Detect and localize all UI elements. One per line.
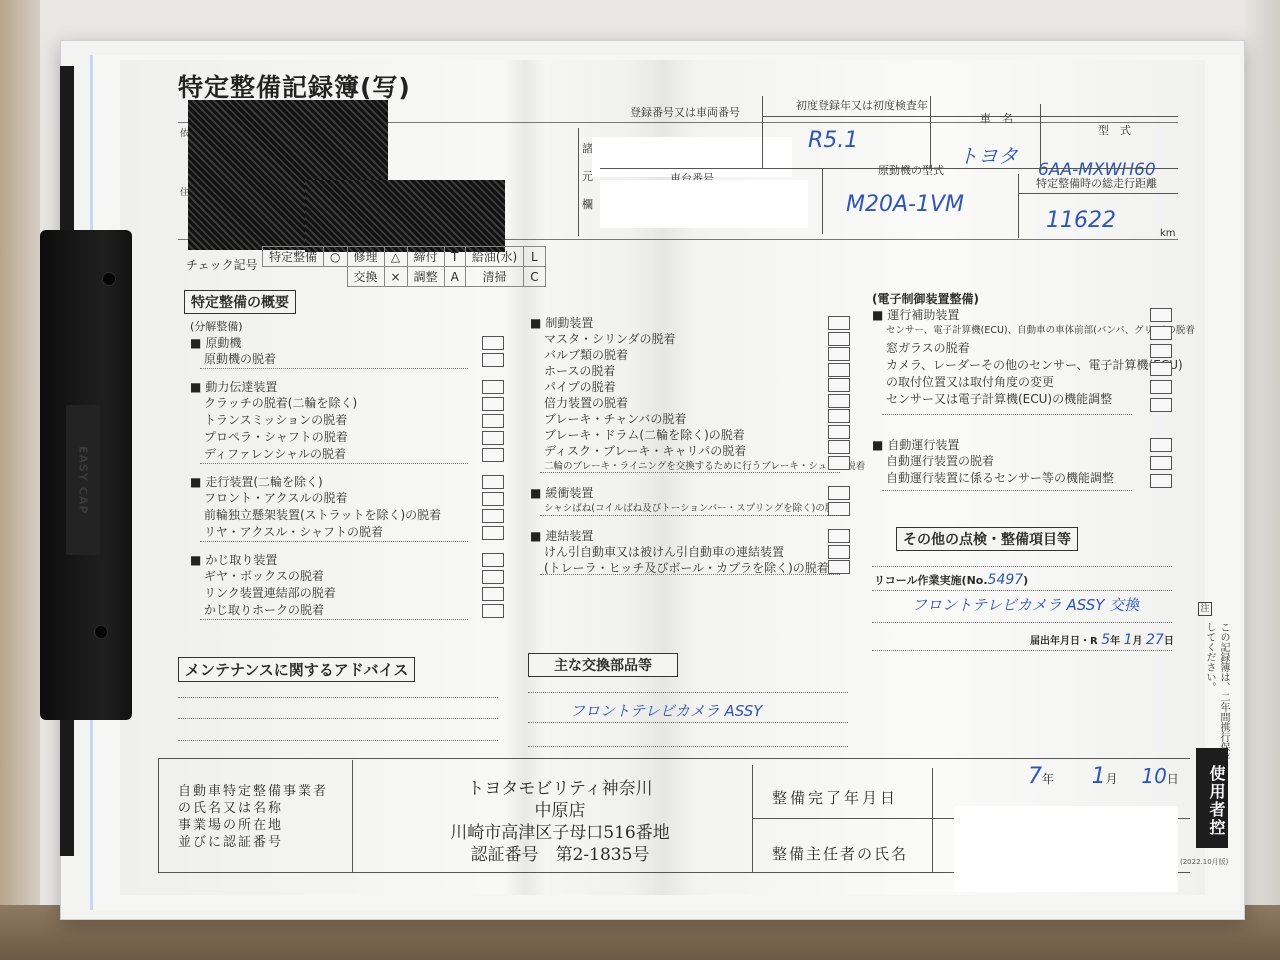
check-box[interactable] xyxy=(1150,380,1172,394)
category-heading: 原動機 xyxy=(190,334,241,351)
completion-date: 7年 1月 10日 xyxy=(1028,764,1179,789)
overview-item: バルブ類の脱着 xyxy=(544,346,628,363)
overview-item: ディファレンシャルの脱着 xyxy=(204,445,346,462)
dotted-divider xyxy=(200,463,468,464)
check-box[interactable] xyxy=(828,332,850,346)
check-box[interactable] xyxy=(828,486,850,500)
dotted-divider xyxy=(882,490,1132,491)
vehicle-name-value: トヨタ xyxy=(958,140,1018,169)
overview-item: 前輪独立懸架装置(ストラットを除く)の脱着 xyxy=(204,506,441,523)
check-box[interactable] xyxy=(482,336,504,350)
check-box[interactable] xyxy=(482,553,504,567)
dotted-divider xyxy=(200,619,468,620)
recall-number: 5497 xyxy=(988,572,1024,588)
check-box[interactable] xyxy=(1150,362,1172,376)
overview-item: 倍力装置の脱着 xyxy=(544,394,628,411)
business-address: 川崎市高津区子母口516番地 xyxy=(400,822,720,844)
binder-clip[interactable]: EASY CAP xyxy=(40,230,132,720)
other-inspection-heading: その他の点検・整備項目等 xyxy=(896,527,1078,551)
redacted-owner-address xyxy=(305,180,505,252)
symbol-glyph: C xyxy=(524,267,545,287)
check-box[interactable] xyxy=(828,425,850,439)
check-box[interactable] xyxy=(482,570,504,584)
engine-type-label: 原動機の型式 xyxy=(878,162,944,178)
check-box[interactable] xyxy=(482,431,504,445)
mileage-value: 11622 xyxy=(1046,208,1116,233)
overview-item: 自動運行装置の脱着 xyxy=(886,452,994,469)
overview-item: カメラ、レーダーその他のセンサー、電子計算機(ECU) xyxy=(886,356,1183,373)
symbol-name: 給油(水) xyxy=(465,247,523,267)
check-box[interactable] xyxy=(482,448,504,462)
overview-subheading: (分解整備) xyxy=(190,318,243,334)
category-heading: 走行装置(二輪を除く) xyxy=(190,473,323,490)
business-branch: 中原店 xyxy=(400,800,720,822)
symbol-glyph: × xyxy=(384,267,407,287)
category-heading: かじ取り装置 xyxy=(190,551,277,568)
business-info-label: 自動車特定整備事業者 の氏名又は名称 事業場の所在地 並びに認証番号 xyxy=(178,783,328,851)
overview-item: センサー、電子計算機(ECU)、自動車の車体前部(バンパ、グリル)の脱着 xyxy=(886,322,1195,336)
symbol-name: 交換 xyxy=(347,267,384,287)
dotted-divider xyxy=(200,368,468,369)
check-box[interactable] xyxy=(482,397,504,411)
check-box[interactable] xyxy=(1150,344,1172,358)
overview-item: 二輪のブレーキ・ライニングを交換するために行うブレーキ・シューの脱着 xyxy=(544,458,865,472)
symbol-glyph: △ xyxy=(384,247,407,267)
check-box[interactable] xyxy=(828,529,850,543)
check-box[interactable] xyxy=(1150,456,1172,470)
check-box[interactable] xyxy=(482,509,504,523)
category-heading: 連結装置 xyxy=(530,527,593,544)
check-box[interactable] xyxy=(828,456,850,470)
overview-item: ギヤ・ボックスの脱着 xyxy=(204,567,324,584)
check-box[interactable] xyxy=(1150,438,1172,452)
overview-item: プロペラ・シャフトの脱着 xyxy=(204,428,348,445)
overview-item: マスタ・シリンダの脱着 xyxy=(544,330,676,347)
check-box[interactable] xyxy=(1150,474,1172,488)
check-box[interactable] xyxy=(482,353,504,367)
retention-note: この記録簿は、二年間携行保存してください。 xyxy=(1198,622,1230,762)
check-box[interactable] xyxy=(828,394,850,408)
check-box[interactable] xyxy=(828,347,850,361)
recall-line: リコール作業実施(No.5497) xyxy=(874,572,1028,588)
engine-type-value: M20A-1VM xyxy=(846,192,964,217)
recall-notification-date: 届出年月日・R 5年 1月 27日 xyxy=(1030,632,1174,648)
redacted-chief-mechanic-name xyxy=(954,806,1178,892)
overview-item: 窓ガラスの脱着 xyxy=(886,339,970,356)
check-box[interactable] xyxy=(482,604,504,618)
check-box[interactable] xyxy=(482,587,504,601)
check-box[interactable] xyxy=(828,409,850,423)
replaced-parts-heading: 主な交換部品等 xyxy=(528,653,678,677)
clip-hole-icon xyxy=(102,272,116,286)
user-copy-tab[interactable]: 使用者控 xyxy=(1196,748,1228,848)
check-box[interactable] xyxy=(828,363,850,377)
recall-work-description: フロントテレビカメラ ASSY 交換 xyxy=(912,594,1139,615)
check-box[interactable] xyxy=(1150,326,1172,340)
check-box[interactable] xyxy=(482,492,504,506)
maintenance-advice-heading: メンテナンスに関するアドバイス xyxy=(178,657,415,682)
recall-prefix: リコール作業実施(No. xyxy=(874,574,988,587)
check-box[interactable] xyxy=(1150,308,1172,322)
mileage-unit: km xyxy=(1160,228,1176,239)
overview-item: クラッチの脱着(二輪を除く) xyxy=(204,394,357,411)
spec-section-label-3: 欄 xyxy=(582,196,593,212)
overview-item: フロント・アクスルの脱着 xyxy=(204,489,348,506)
dotted-divider xyxy=(540,472,840,473)
overview-item: リヤ・アクスル・シャフトの脱着 xyxy=(204,523,383,540)
category-heading: 制動装置 xyxy=(530,314,593,331)
overview-item: ブレーキ・ドラム(二輪を除く)の脱着 xyxy=(544,426,745,443)
symbol-name: 締付 xyxy=(407,247,444,267)
check-box[interactable] xyxy=(482,475,504,489)
symbol-name: 特定整備 xyxy=(263,247,324,267)
overview-item: かじ取りホークの脱着 xyxy=(204,601,324,618)
overview-item: リンク装置連結部の脱着 xyxy=(204,584,336,601)
first-registration-value: R5.1 xyxy=(808,128,858,153)
overview-item: の取付位置又は取付角度の変更 xyxy=(886,373,1054,390)
check-box[interactable] xyxy=(828,502,850,516)
model-label: 型 式 xyxy=(1098,122,1131,138)
symbol-name: 調整 xyxy=(407,267,444,287)
dotted-divider xyxy=(882,414,1132,415)
overview-item: センサー又は電子計算機(ECU)の機能調整 xyxy=(886,390,1112,407)
dotted-divider xyxy=(540,574,840,575)
category-heading: 緩衝装置 xyxy=(530,484,593,501)
check-box[interactable] xyxy=(482,380,504,394)
check-box[interactable] xyxy=(828,316,850,330)
first-registration-label: 初度登録年又は初度検査年 xyxy=(796,97,928,113)
check-box[interactable] xyxy=(828,440,850,454)
dotted-divider xyxy=(200,541,468,542)
check-symbols-label: チェック記号 xyxy=(186,256,258,273)
vehicle-name-label: 車 名 xyxy=(980,110,1013,126)
category-heading: 自動運行装置 xyxy=(872,436,959,453)
check-box[interactable] xyxy=(482,526,504,540)
business-name: トヨタモビリティ神奈川 xyxy=(400,778,720,800)
desk-surface-right xyxy=(1245,0,1280,960)
note-marker: 注 xyxy=(1198,602,1212,616)
document-title: 特定整備記録簿(写) xyxy=(178,68,411,104)
overview-item: 自動運行装置に係るセンサー等の機能調整 xyxy=(886,469,1114,486)
desk-surface-left xyxy=(0,0,40,960)
overview-item: けん引自動車又は被けん引自動車の連結装置 xyxy=(544,543,784,560)
overview-item: パイプの脱着 xyxy=(544,378,616,395)
check-box[interactable] xyxy=(1150,398,1172,412)
overview-item: ディスク・ブレーキ・キャリパの脱着 xyxy=(544,442,746,459)
category-heading: 動力伝達装置 xyxy=(190,378,277,395)
symbol-glyph: L xyxy=(524,247,545,267)
replaced-part-entry: フロントテレビカメラ ASSY xyxy=(570,700,762,721)
chief-mechanic-label: 整備主任者の氏名 xyxy=(772,843,908,864)
overview-item: トランスミッションの脱着 xyxy=(204,411,347,428)
recall-suffix: ) xyxy=(1023,574,1028,587)
overview-item: ホースの脱着 xyxy=(544,362,615,379)
overview-item: ブレーキ・チャンバの脱着 xyxy=(544,410,686,427)
check-symbols-table: 特定整備 ○ 修理 △ 締付 T 給油(水) L 交換 × 調整 A 清掃 C xyxy=(262,246,546,287)
electronic-control-subheading: (電子制御装置整備) xyxy=(872,290,979,307)
completion-date-label: 整備完了年月日 xyxy=(772,787,898,808)
redacted-chassis-number xyxy=(600,180,808,228)
check-box[interactable] xyxy=(828,545,850,559)
symbol-glyph: A xyxy=(444,267,465,287)
symbol-glyph: ○ xyxy=(324,247,347,267)
category-heading: 運行補助装置 xyxy=(872,306,959,323)
mileage-label: 特定整備時の総走行距離 xyxy=(1036,175,1157,191)
overview-item: 原動機の脱着 xyxy=(204,350,276,367)
binder-brand-label: EASY CAP xyxy=(66,405,100,555)
symbol-name: 修理 xyxy=(347,247,384,267)
overview-item: シャシばね(コイルばね及びトーションバー・スプリングを除く)の脱着 xyxy=(544,500,844,514)
check-box[interactable] xyxy=(482,414,504,428)
dotted-divider xyxy=(540,515,840,516)
registration-number-label: 登録番号又は車両番号 xyxy=(630,104,740,120)
certification-number: 認証番号 第2-1835号 xyxy=(400,844,720,866)
symbol-glyph: T xyxy=(444,247,465,267)
overview-heading: 特定整備の概要 xyxy=(184,290,296,314)
check-box[interactable] xyxy=(828,560,850,574)
symbol-name: 清掃 xyxy=(465,267,523,287)
business-stamp: トヨタモビリティ神奈川 中原店 川崎市高津区子母口516番地 認証番号 第2-1… xyxy=(400,778,720,866)
check-box[interactable] xyxy=(828,378,850,392)
form-version: (2022.10月版) xyxy=(1180,857,1228,867)
clip-hole-icon xyxy=(94,625,108,639)
